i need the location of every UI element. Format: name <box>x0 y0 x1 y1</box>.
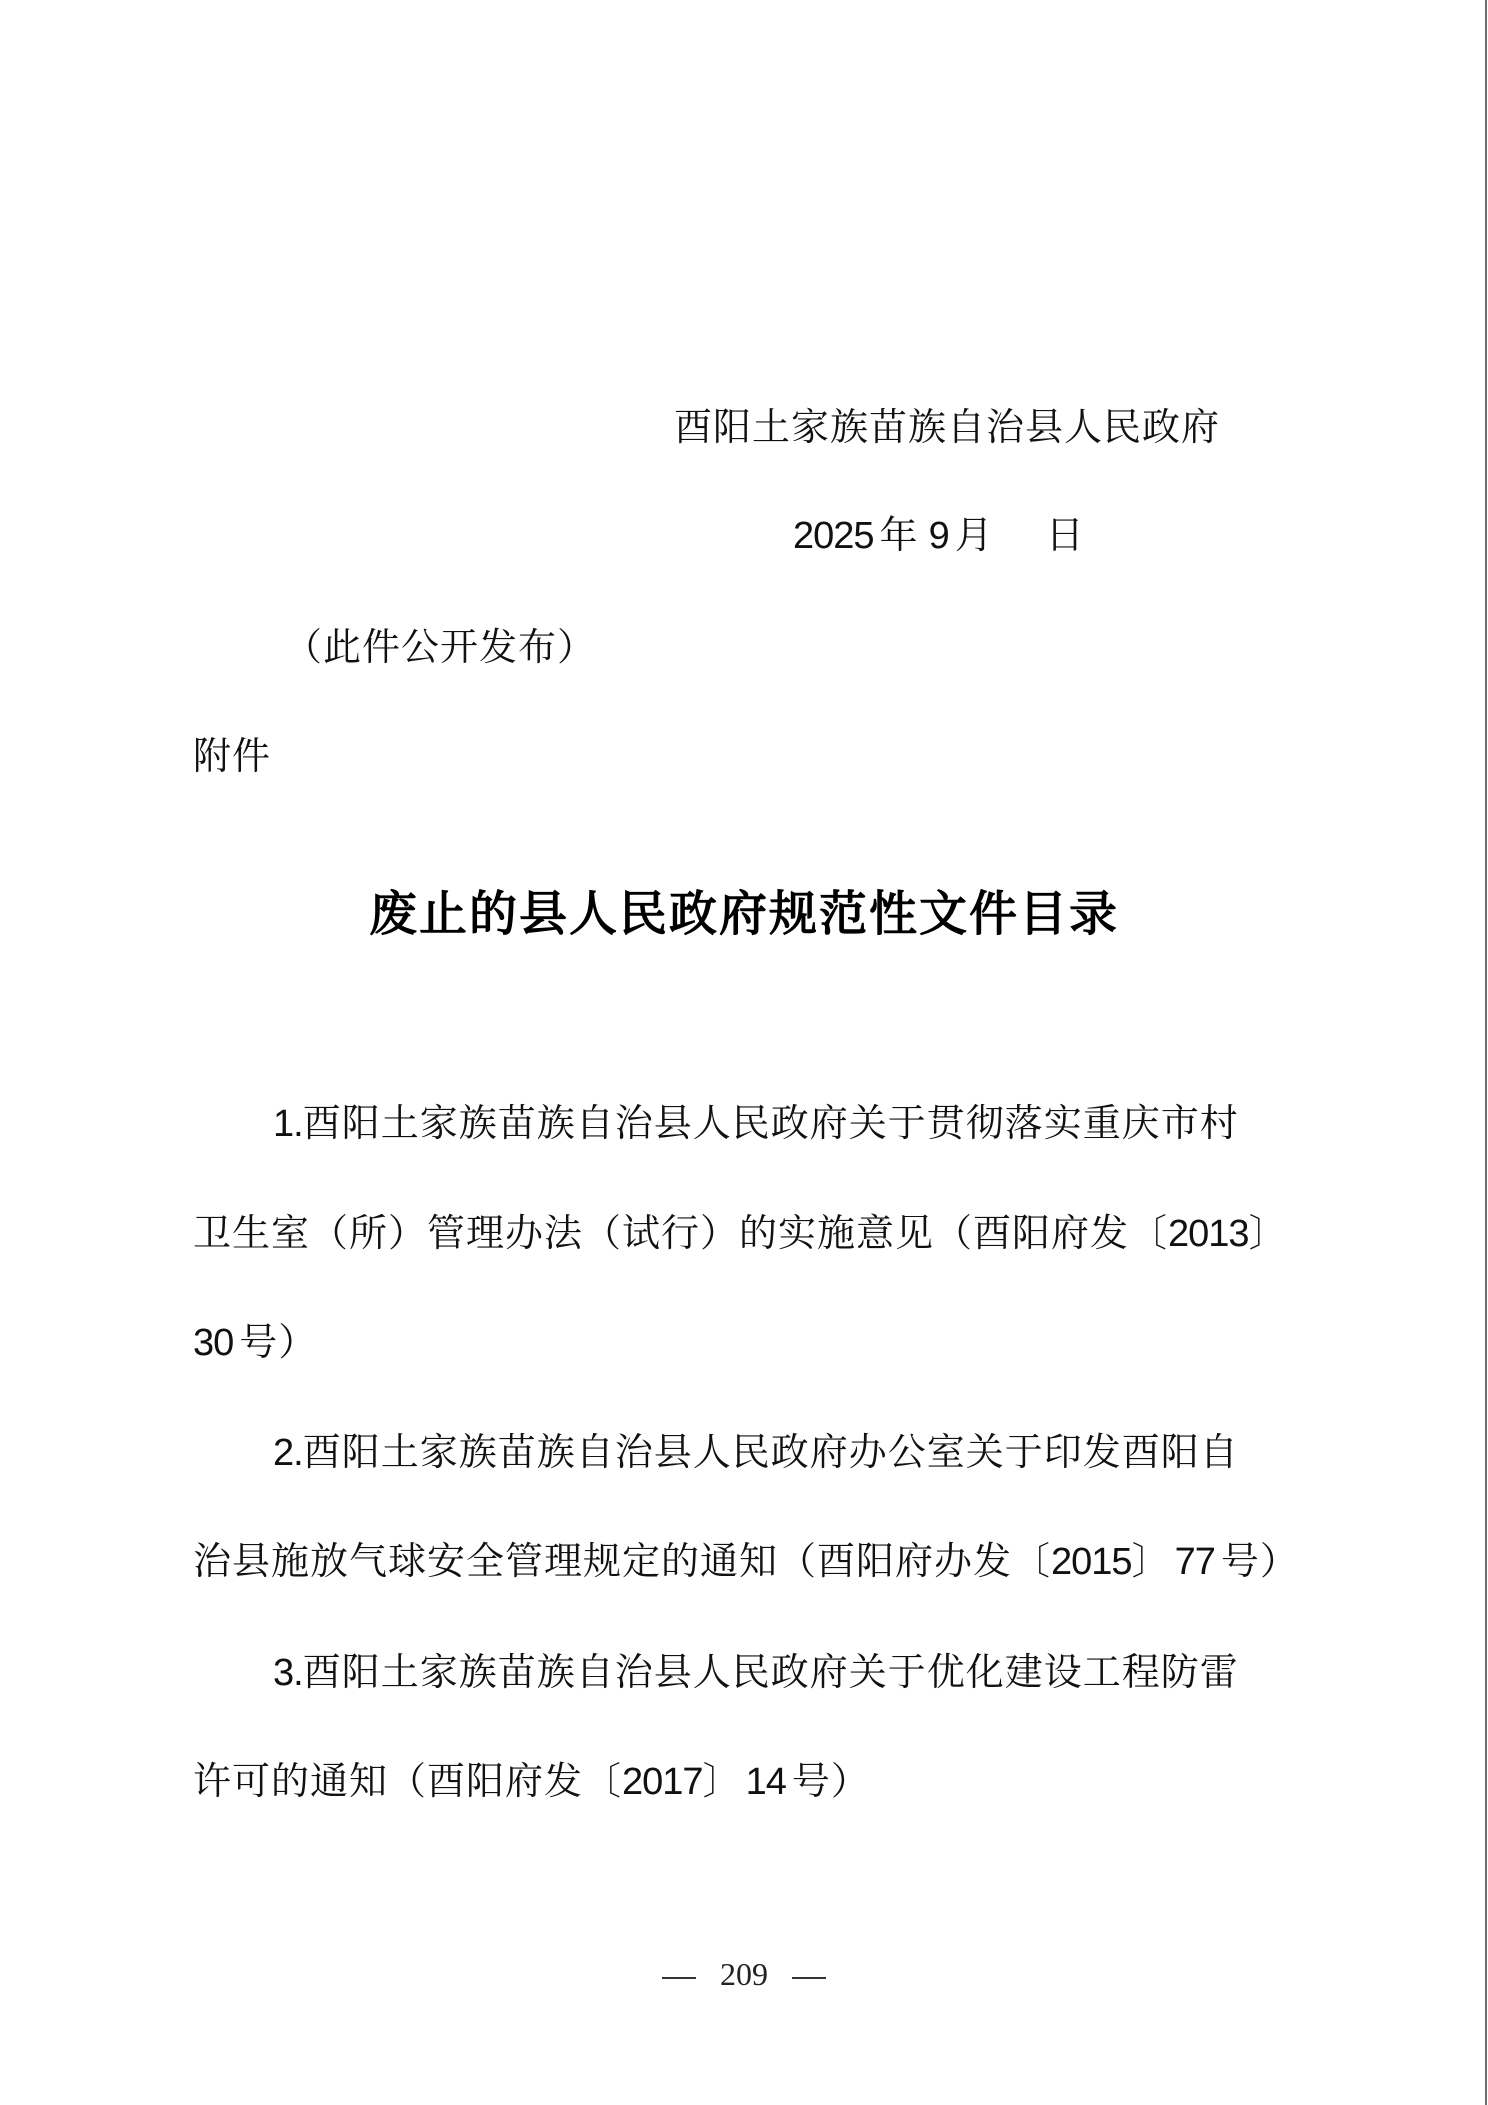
item-text: 卫生室（所）管理办法（试行）的实施意见（酉阳府发〔 <box>193 1211 1168 1255</box>
list-item-1-line-2: 卫生室（所）管理办法（试行）的实施意见（酉阳府发〔2013〕 <box>193 1209 1288 1258</box>
issue-date: 2025年9月日 <box>793 511 1085 560</box>
dash-right <box>792 1977 826 1979</box>
item-number: 3. <box>273 1652 303 1694</box>
date-year: 2025 <box>793 515 874 557</box>
list-item-3-line-1: 3.酉阳土家族苗族自治县人民政府关于优化建设工程防雷 <box>273 1648 1239 1697</box>
attachment-title: 废止的县人民政府规范性文件目录 <box>0 884 1488 944</box>
dash-left <box>662 1977 696 1979</box>
date-month-label: 月 <box>955 513 994 557</box>
list-item-2-line-1: 2.酉阳土家族苗族自治县人民政府办公室关于印发酉阳自 <box>273 1428 1239 1477</box>
close-bracket: 〕 <box>1132 1539 1171 1583</box>
issuer-name: 酉阳土家族苗族自治县人民政府 <box>674 403 1220 451</box>
item-text: 号） <box>792 1759 870 1803</box>
date-month: 9 <box>929 515 949 557</box>
list-item-1-line-3: 30号） <box>193 1318 317 1367</box>
document-page: 酉阳土家族苗族自治县人民政府 2025年9月日 （此件公开发布） 附件 废止的县… <box>0 0 1488 2105</box>
date-day-label: 日 <box>1046 513 1085 557</box>
page-number-footer: 209 <box>0 1952 1488 1996</box>
item-text: 酉阳土家族苗族自治县人民政府关于优化建设工程防雷 <box>303 1650 1239 1694</box>
date-year-label: 年 <box>880 513 919 557</box>
item-text: 号） <box>1221 1539 1299 1583</box>
list-item-2-line-2: 治县施放气球安全管理规定的通知（酉阳府办发〔2015〕77号） <box>193 1537 1299 1586</box>
close-bracket: 〕 <box>1249 1211 1288 1255</box>
doc-number: 30 <box>193 1322 233 1364</box>
item-text: 治县施放气球安全管理规定的通知（酉阳府办发〔 <box>193 1539 1051 1583</box>
list-item-1-line-1: 1.酉阳土家族苗族自治县人民政府关于贯彻落实重庆市村 <box>273 1099 1239 1148</box>
doc-year: 2015 <box>1051 1541 1132 1583</box>
doc-year: 2017 <box>622 1761 703 1803</box>
publication-note: （此件公开发布） <box>284 623 596 671</box>
list-item-3-line-2: 许可的通知（酉阳府发〔2017〕14号） <box>193 1757 870 1806</box>
page-edge-divider <box>1485 0 1487 2105</box>
item-number: 1. <box>273 1103 303 1145</box>
item-text: 许可的通知（酉阳府发〔 <box>193 1759 622 1803</box>
item-text: 号） <box>239 1320 317 1364</box>
item-text: 酉阳土家族苗族自治县人民政府办公室关于印发酉阳自 <box>303 1430 1239 1474</box>
doc-number: 77 <box>1175 1541 1215 1583</box>
attachment-label: 附件 <box>193 732 271 780</box>
item-text: 酉阳土家族苗族自治县人民政府关于贯彻落实重庆市村 <box>303 1101 1239 1145</box>
doc-year: 2013 <box>1168 1213 1249 1255</box>
close-bracket: 〕 <box>703 1759 742 1803</box>
doc-number: 14 <box>746 1761 786 1803</box>
item-number: 2. <box>273 1432 303 1474</box>
page-number: 209 <box>720 1956 768 1992</box>
